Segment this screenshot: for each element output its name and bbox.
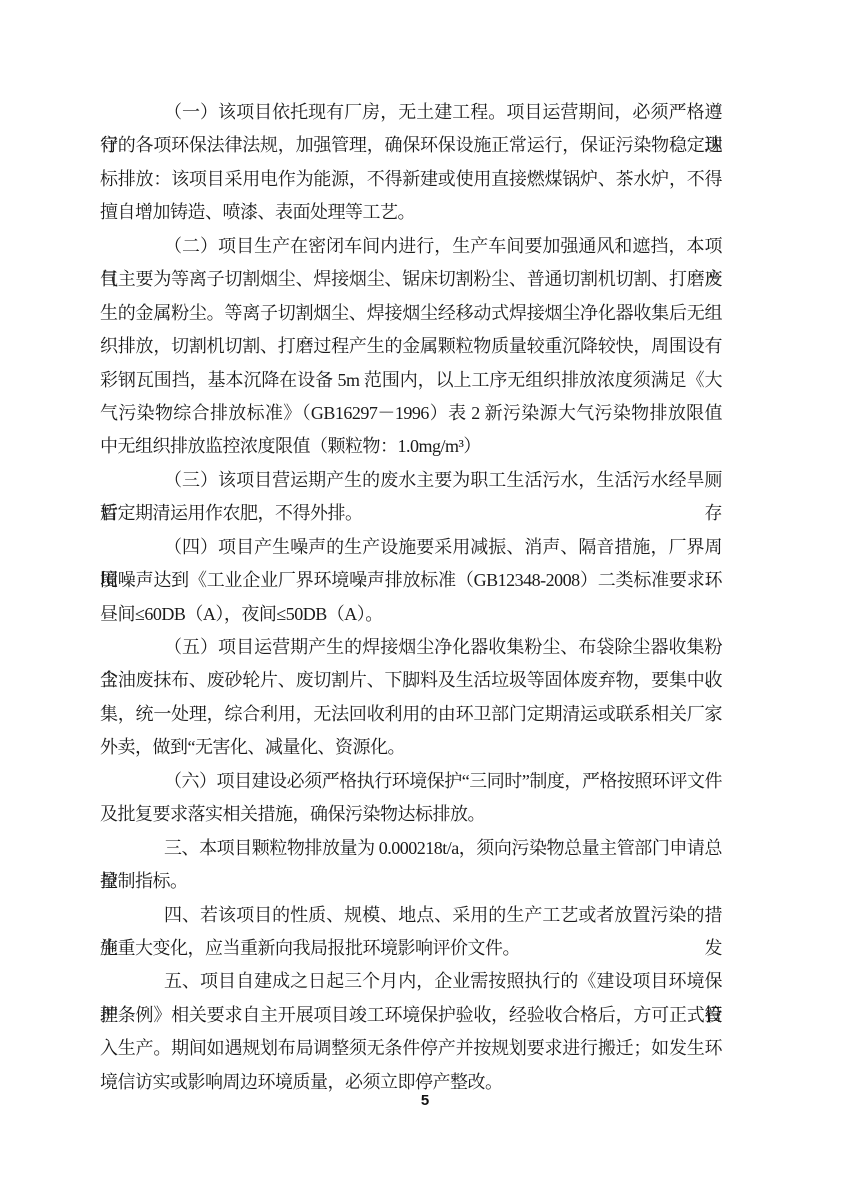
text-line: 生的金属粉尘。等离子切割烟尘、焊接烟尘经移动式焊接烟尘净化器收集后无组 [100,297,722,330]
paragraph: （六）项目建设必须严格执行环境保护“三同时”制度，严格按照环评文件及批复要求落实… [100,765,722,832]
document-body: （一）该项目依托现有厂房，无土建工程。项目运营期间，必须严格遵守现行的各项环保法… [100,96,722,1099]
text-line: 昼间≤60DB（A），夜间≤50DB（A）。 [100,598,722,631]
text-line: 五、项目自建成之日起三个月内，企业需按照执行的《建设项目环境保护管 [100,965,722,998]
text-line: 擅自增加铸造、喷漆、表面处理等工艺。 [100,196,722,229]
text-line: 四、若该项目的性质、规模、地点、采用的生产工艺或者放置污染的措施发 [100,899,722,932]
text-line: 外卖，做到“无害化、减量化、资源化。 [100,731,722,764]
paragraph: （二）项目生产在密闭车间内进行，生产车间要加强通风和遮挡，本项目废气主要为等离子… [100,230,722,464]
text-line: 三、本项目颗粒物排放量为 0.000218t/a，须向污染物总量主管部门申请总量 [100,832,722,865]
text-line: （三）该项目营运期产生的废水主要为职工生活污水，生活污水经旱厕暂存 [100,464,722,497]
paragraph: （三）该项目营运期产生的废水主要为职工生活污水，生活污水经旱厕暂存后定期清运用作… [100,464,722,531]
page-footer: 5 [0,1092,850,1110]
text-line: 织排放，切割机切割、打磨过程产生的金属颗粒物质量较重沉降较快，周围设有 [100,330,722,363]
text-line: 理条例》相关要求自主开展项目竣工环境保护验收，经验收合格后，方可正式投 [100,999,722,1032]
text-line: 气主要为等离子切割烟尘、焊接烟尘、锯床切割粉尘、普通切割机切割、打磨产 [100,263,722,296]
text-line: 入生产。期间如遇规划布局调整须无条件停产并按规划要求进行搬迁；如发生环 [100,1032,722,1065]
text-line: 含油废抹布、废砂轮片、废切割片、下脚料及生活垃圾等固体废弃物，要集中收 [100,664,722,697]
paragraph: （四）项目产生噪声的生产设施要采用减振、消声、隔音措施，厂界周围环境噪声达到《工… [100,531,722,631]
text-line: 及批复要求落实相关措施，确保污染物达标排放。 [100,798,722,831]
paragraph: （五）项目运营期产生的焊接烟尘净化器收集粉尘、布袋除尘器收集粉尘、含油废抹布、废… [100,631,722,765]
text-line: 彩钢瓦围挡，基本沉降在设备 5m 范围内，以上工序无组织排放浓度须满足《大 [100,364,722,397]
text-line: （六）项目建设必须严格执行环境保护“三同时”制度，严格按照环评文件 [100,765,722,798]
text-line: （五）项目运营期产生的焊接烟尘净化器收集粉尘、布袋除尘器收集粉尘、 [100,631,722,664]
text-line: 中无组织排放监控浓度限值（颗粒物：1.0mg/m³） [100,430,722,463]
text-line: （二）项目生产在密闭车间内进行，生产车间要加强通风和遮挡，本项目废 [100,230,722,263]
paragraph: 五、项目自建成之日起三个月内，企业需按照执行的《建设项目环境保护管理条例》相关要… [100,965,722,1099]
paragraph: （一）该项目依托现有厂房，无土建工程。项目运营期间，必须严格遵守现行的各项环保法… [100,96,722,230]
text-line: 境噪声达到《工业企业厂界环境噪声排放标准（GB12348-2008）二类标准要求… [100,564,722,597]
text-line: 标排放：该项目采用电作为能源，不得新建或使用直接燃煤锅炉、茶水炉，不得 [100,163,722,196]
text-line: （四）项目产生噪声的生产设施要采用减振、消声、隔音措施，厂界周围环 [100,531,722,564]
text-line: （一）该项目依托现有厂房，无土建工程。项目运营期间，必须严格遵守现 [100,96,722,129]
paragraph: 三、本项目颗粒物排放量为 0.000218t/a，须向污染物总量主管部门申请总量… [100,832,722,899]
page-number: 5 [421,1092,429,1109]
document-page: （一）该项目依托现有厂房，无土建工程。项目运营期间，必须严格遵守现行的各项环保法… [0,0,850,1202]
paragraph: 四、若该项目的性质、规模、地点、采用的生产工艺或者放置污染的措施发生重大变化，应… [100,899,722,966]
text-line: 气污染物综合排放标准》（GB16297－1996）表 2 新污染源大气污染物排放… [100,397,722,430]
text-line: 控制指标。 [100,865,722,898]
text-line: 行的各项环保法律法规，加强管理，确保环保设施正常运行，保证污染物稳定达 [100,129,722,162]
text-line: 集，统一处理，综合利用，无法回收利用的由环卫部门定期清运或联系相关厂家 [100,698,722,731]
